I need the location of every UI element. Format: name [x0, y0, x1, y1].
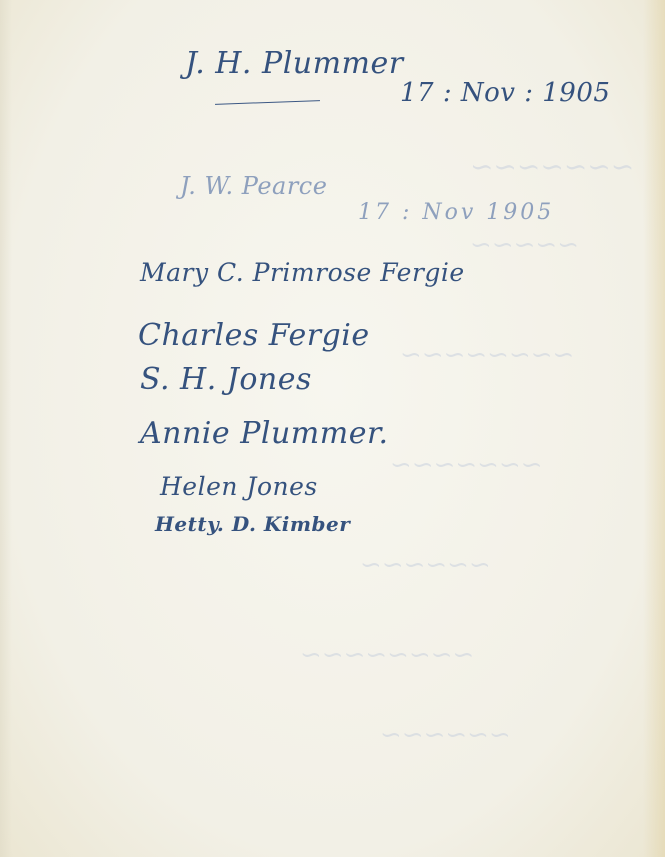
- signature-name: J. W. Pearce: [180, 172, 327, 200]
- signature-name: Annie Plummer.: [140, 416, 389, 451]
- signature-page: ~~~~~~~ ~~~~~ ~~~~~~~~ ~~~~~~~ ~~~~~~ ~~…: [0, 0, 665, 857]
- signature-name: J. H. Plummer: [185, 46, 404, 81]
- signature-name: Helen Jones: [160, 472, 318, 501]
- bleed-through-text: ~~~~~~~~: [400, 340, 574, 370]
- signature-date: 17 : Nov : 1905: [400, 78, 610, 108]
- bleed-through-text: ~~~~~~: [380, 720, 511, 750]
- bleed-through-text: ~~~~~~: [360, 550, 491, 580]
- bleed-through-text: ~~~~~: [470, 230, 579, 260]
- signature-name: Hetty. D. Kimber: [155, 512, 350, 536]
- signature-name: Charles Fergie: [138, 318, 370, 353]
- signature-name: S. H. Jones: [140, 362, 312, 397]
- bleed-through-text: ~~~~~~~~: [300, 640, 474, 670]
- bleed-through-text: ~~~~~~~: [390, 450, 543, 480]
- signature-name: Mary C. Primrose Fergie: [140, 258, 465, 287]
- signature-date: 17 : Nov 1905: [358, 200, 554, 225]
- bleed-through-text: ~~~~~~~: [470, 150, 634, 183]
- signature-flourish: [215, 100, 320, 105]
